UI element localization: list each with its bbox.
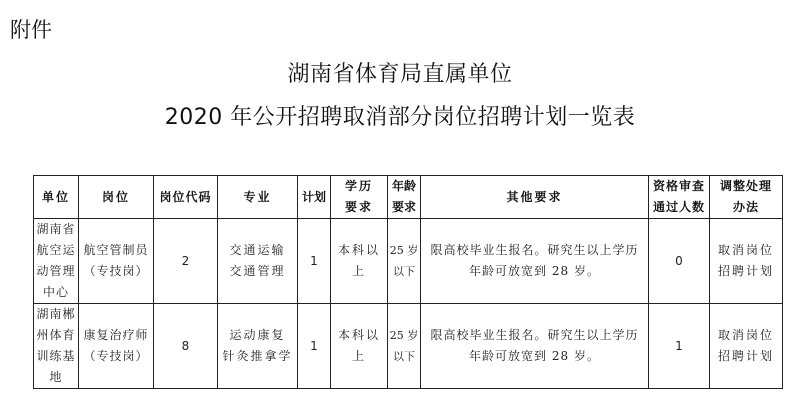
cell-position-code: 2: [154, 219, 218, 304]
cell-major-line: 运动康复: [219, 325, 296, 346]
cell-major-line: 针灸推拿学: [219, 346, 296, 367]
cell-handling-line: 取消岗位: [711, 325, 781, 346]
cell-handling-line: 招聘计划: [711, 261, 781, 282]
cell-unit-line: 中心: [35, 282, 77, 303]
cell-other-line: 限高校毕业生报名。研究生以上学历: [422, 240, 647, 261]
table-row: 湖南省 航空运 动管理 中心 航空管制员 （专技岗） 2 交通运输 交通管理 1…: [34, 219, 783, 304]
header-age-line1: 年龄: [389, 176, 419, 197]
header-qualified: 资格审查 通过人数: [649, 176, 710, 219]
header-age-line2: 要求: [389, 197, 419, 218]
header-other: 其他要求: [421, 176, 649, 219]
header-qualified-line2: 通过人数: [650, 197, 708, 218]
recruitment-plan-table: 单位 岗位 岗位代码 专业 计划 学历 要求 年龄 要求 其他要求 资格审查 通…: [33, 175, 783, 389]
cell-unit-line: 动管理: [35, 261, 77, 282]
cell-education: 本科以 上: [331, 219, 388, 304]
attachment-label: 附件: [10, 14, 52, 44]
cell-education-line: 本科以: [332, 240, 386, 261]
cell-handling: 取消岗位 招聘计划: [710, 304, 783, 389]
cell-major-line: 交通管理: [219, 261, 296, 282]
cell-qualified-count: 0: [649, 219, 710, 304]
cell-handling-line: 取消岗位: [711, 240, 781, 261]
cell-unit-line: 地: [35, 367, 77, 388]
header-education: 学历 要求: [331, 176, 388, 219]
cell-other-requirements: 限高校毕业生报名。研究生以上学历 年龄可放宽到 28 岁。: [421, 304, 649, 389]
header-plan: 计划: [298, 176, 331, 219]
cell-major-line: 交通运输: [219, 240, 296, 261]
cell-position-line: 康复治疗师: [80, 325, 152, 346]
cell-unit-line: 航空运: [35, 240, 77, 261]
header-unit: 单位: [34, 176, 79, 219]
document-title: 湖南省体育局直属单位: [0, 57, 800, 88]
table-header-row: 单位 岗位 岗位代码 专业 计划 学历 要求 年龄 要求 其他要求 资格审查 通…: [34, 176, 783, 219]
cell-position: 康复治疗师 （专技岗）: [79, 304, 154, 389]
cell-unit-line: 湖南省: [35, 219, 77, 240]
header-education-line1: 学历: [332, 176, 386, 197]
cell-age-line: 以下: [389, 346, 419, 367]
cell-age-line: 25 岁: [389, 325, 419, 346]
header-handling-line2: 办法: [711, 197, 781, 218]
cell-unit: 湖南郴 州体育 训练基 地: [34, 304, 79, 389]
header-age: 年龄 要求: [388, 176, 421, 219]
cell-education: 本科以 上: [331, 304, 388, 389]
header-position: 岗位: [79, 176, 154, 219]
cell-unit-line: 训练基: [35, 346, 77, 367]
header-major: 专业: [218, 176, 298, 219]
header-qualified-line1: 资格审查: [650, 176, 708, 197]
header-education-line2: 要求: [332, 197, 386, 218]
cell-unit: 湖南省 航空运 动管理 中心: [34, 219, 79, 304]
cell-position-line: （专技岗）: [80, 261, 152, 282]
cell-education-line: 上: [332, 346, 386, 367]
cell-position-line: 航空管制员: [80, 240, 152, 261]
document-subtitle: 2020 年公开招聘取消部分岗位招聘计划一览表: [0, 100, 800, 131]
cell-education-line: 上: [332, 261, 386, 282]
cell-major: 交通运输 交通管理: [218, 219, 298, 304]
cell-other-line: 年龄可放宽到 28 岁。: [422, 261, 647, 282]
cell-position: 航空管制员 （专技岗）: [79, 219, 154, 304]
cell-age-line: 以下: [389, 261, 419, 282]
cell-other-requirements: 限高校毕业生报名。研究生以上学历 年龄可放宽到 28 岁。: [421, 219, 649, 304]
cell-major: 运动康复 针灸推拿学: [218, 304, 298, 389]
header-handling-line1: 调整处理: [711, 176, 781, 197]
header-handling: 调整处理 办法: [710, 176, 783, 219]
cell-plan: 1: [298, 304, 331, 389]
cell-position-line: （专技岗）: [80, 346, 152, 367]
table-row: 湖南郴 州体育 训练基 地 康复治疗师 （专技岗） 8 运动康复 针灸推拿学 1…: [34, 304, 783, 389]
cell-handling-line: 招聘计划: [711, 346, 781, 367]
cell-qualified-count: 1: [649, 304, 710, 389]
cell-age-line: 25 岁: [389, 240, 419, 261]
cell-education-line: 本科以: [332, 325, 386, 346]
cell-age: 25 岁 以下: [388, 219, 421, 304]
cell-plan: 1: [298, 219, 331, 304]
cell-position-code: 8: [154, 304, 218, 389]
header-position-code: 岗位代码: [154, 176, 218, 219]
cell-other-line: 限高校毕业生报名。研究生以上学历: [422, 325, 647, 346]
cell-unit-line: 州体育: [35, 325, 77, 346]
cell-unit-line: 湖南郴: [35, 304, 77, 325]
cell-handling: 取消岗位 招聘计划: [710, 219, 783, 304]
cell-other-line: 年龄可放宽到 28 岁。: [422, 346, 647, 367]
cell-age: 25 岁 以下: [388, 304, 421, 389]
